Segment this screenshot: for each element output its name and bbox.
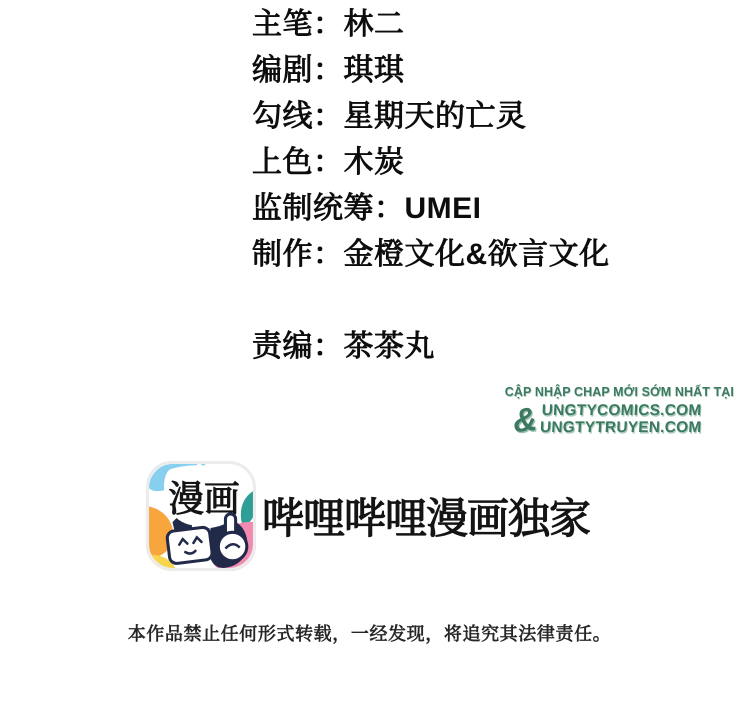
credit-line-supervisor: 监制统筹：UMEI <box>252 186 610 232</box>
ampersand-icon: & <box>511 401 538 436</box>
bilibili-exclusive-row: 漫画 哔哩哔哩漫画独家 <box>146 461 590 571</box>
logo-tv-face-icon <box>166 527 212 565</box>
bilibili-exclusive-label: 哔哩哔哩漫画独家 <box>262 486 590 546</box>
watermark-site-truyen: UNGTYTRUYEN.COM <box>539 419 701 436</box>
credit-line-coloring: 上色：木炭 <box>252 140 610 186</box>
credit-line-main-artist: 主笔：林二 <box>252 2 610 48</box>
watermark-site-stack: UNGTYCOMICS.COM UNGTYTRUYEN.COM <box>540 402 701 436</box>
credit-line-screenwriter: 编剧：琪琪 <box>252 48 610 94</box>
credits-block: 主笔：林二 编剧：琪琪 勾线：星期天的亡灵 上色：木炭 监制统筹：UMEI 制作… <box>252 2 610 370</box>
watermark-tagline: CẬP NHẬP CHAP MỚI SỚM NHẤT TẠI <box>505 385 734 399</box>
watermark-block: CẬP NHẬP CHAP MỚI SỚM NHẤT TẠI & UNGTYCO… <box>505 385 734 436</box>
disclaimer-text: 本作品禁止任何形式转载，一经发现，将追究其法律责任。 <box>0 620 739 646</box>
credit-line-production: 制作：金橙文化&欲言文化 <box>252 232 610 278</box>
bilibili-manga-logo-icon: 漫画 <box>146 461 256 571</box>
credit-line-lineart: 勾线：星期天的亡灵 <box>252 94 610 140</box>
credit-line-editor: 责编：茶茶丸 <box>252 324 610 370</box>
watermark-sites: & UNGTYCOMICS.COM UNGTYTRUYEN.COM <box>505 402 701 436</box>
manga-credits-page: 主笔：林二 编剧：琪琪 勾线：星期天的亡灵 上色：木炭 监制统筹：UMEI 制作… <box>0 0 739 728</box>
watermark-site-comics: UNGTYCOMICS.COM <box>539 402 701 419</box>
